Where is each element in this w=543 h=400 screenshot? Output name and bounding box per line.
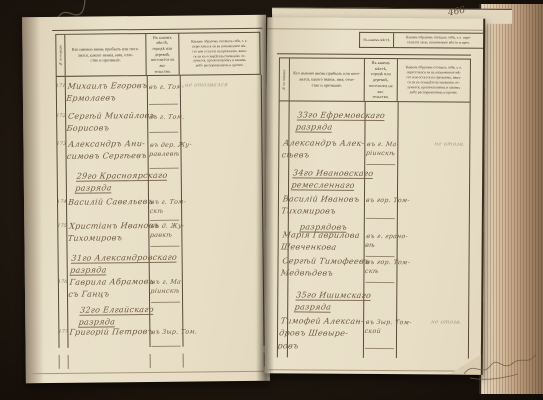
underlying-page-line xyxy=(267,28,483,31)
underlying-header-strip: Въ какомъ мѣстѣ Какимъ образомъ отозвалъ… xyxy=(359,32,483,49)
entry-place: въ г. Том- скѣ xyxy=(149,198,187,217)
header-cell-name: Кто именно вновь прибылъ или посе- лился… xyxy=(65,34,147,76)
entry-name: Христіанъ Ивановъ Тихомировъ xyxy=(67,220,160,246)
section-heading: 29го Красноярскаго разряда xyxy=(74,170,168,196)
row-number: 174 xyxy=(57,199,67,206)
section-heading: 34го Ивановскаго ремесленнаго xyxy=(291,167,375,192)
row-number: 171 xyxy=(55,83,65,90)
entry-place: въ гор. Том- скѣ xyxy=(364,258,410,277)
place-rule xyxy=(150,246,179,247)
entry-place: въ Зыр. Том. xyxy=(151,327,198,337)
section-heading: 31го Александровскаго разряда xyxy=(69,252,177,278)
photo-of-register-book: 466 № по порядку Кто именно вновь прибыл… xyxy=(0,0,543,400)
entry-name: Михаилъ Егоровъ Ермолаевъ xyxy=(65,80,148,106)
header-cell-name: Кто именно вновь прибылъ или посе- лился… xyxy=(290,58,365,101)
column-tick xyxy=(150,354,151,368)
entry-place: въ г. Ма- ріинскѣ xyxy=(365,140,400,159)
place-rule xyxy=(149,132,178,133)
header-name-label: Кто именно вновь прибылъ или посе- лился… xyxy=(293,71,360,88)
page-stack-edge xyxy=(479,4,543,394)
row-number: 175 xyxy=(57,223,67,230)
outer-rule xyxy=(52,28,262,31)
entry-name: Сергѣй Михайловъ Борисовъ xyxy=(66,110,156,136)
header-num-label: № по порядку xyxy=(58,45,62,66)
under-sheet-edge xyxy=(32,371,264,374)
row-number: 177 xyxy=(58,329,68,336)
entry-name: Гаврила Абрамовъ съ Ганцъ xyxy=(68,276,155,302)
header-place-label: Въ какомъ мѣстѣ, городѣ или деревнѣ, пос… xyxy=(147,34,177,74)
place-rule xyxy=(151,302,180,303)
header-cell-place: Въ какомъ мѣстѣ, городѣ или деревнѣ, пос… xyxy=(146,34,179,75)
place-rule xyxy=(150,168,179,169)
entry-place: въ г. грано- вѣ xyxy=(364,232,408,251)
left-page: № по порядку Кто именно вновь прибылъ ил… xyxy=(22,15,270,384)
header-note-label: Какимъ образомъ отозвалъ себя, т. е. пер… xyxy=(191,39,247,69)
column-line xyxy=(277,101,280,357)
entry-note: не отозв. xyxy=(434,140,466,149)
header-place-label: Въ какомъ мѣстѣ, городѣ или деревнѣ, пос… xyxy=(366,60,396,100)
strip-cell-place: Въ какомъ мѣстѣ xyxy=(360,33,394,47)
column-tick xyxy=(59,355,60,369)
entry-place: въ Зыр. Том- ской xyxy=(364,318,412,337)
entry-name: Сергѣй Тимофеевъ Медвѣдевъ xyxy=(280,255,370,280)
entry-place: въ г. Том. xyxy=(149,113,185,123)
section-heading: 35го Ишимскаго разряда xyxy=(294,289,372,314)
entry-name: Марія Гаврилова Шевченкова xyxy=(280,229,361,254)
under-sheet-edge xyxy=(269,369,469,371)
entry-place: въ гор. Том- xyxy=(365,196,410,206)
left-table-header: № по порядку Кто именно вновь прибылъ ил… xyxy=(55,32,260,77)
entry-name: Александръ Алек- сѣевъ xyxy=(281,137,366,162)
signature xyxy=(460,348,540,384)
entry-note: не отозвался xyxy=(184,81,228,90)
entry-place: въ г. Ма- ріинскѣ xyxy=(150,278,184,297)
place-rule xyxy=(365,348,394,349)
place-rule xyxy=(365,282,394,283)
place-rule xyxy=(366,164,395,165)
entry-place: въ г. Том- xyxy=(148,83,184,93)
place-rule xyxy=(149,104,178,105)
place-rule xyxy=(152,346,181,347)
row-number: 173 xyxy=(56,141,66,148)
entry-name: Василій Ивановъ Тихомировъ xyxy=(280,193,360,218)
header-cell-note: Какимъ образомъ отозвалъ себя, т. е. пер… xyxy=(179,33,260,75)
entry-note: не отозв. xyxy=(431,318,463,327)
entry-place: въ д. Жу- равкѣ xyxy=(149,222,185,241)
strip-cell-note: Какимъ образомъ отозвалъ себя, т. е. пер… xyxy=(394,33,483,48)
entry-name: Григорій Петровъ xyxy=(69,326,154,339)
header-cell-place: Въ какомъ мѣстѣ, городѣ или деревнѣ, пос… xyxy=(365,59,398,101)
right-page: Въ какомъ мѣстѣ Какимъ образомъ отозвалъ… xyxy=(265,17,485,375)
header-note-label: Какимъ образомъ отозвалъ себя, т. е. пер… xyxy=(406,66,462,95)
column-line xyxy=(468,103,471,359)
entry-name: Тимофей Алексан- дровъ Шевыре- ровъ xyxy=(277,315,365,353)
place-rule xyxy=(366,218,395,219)
entry-place: въ дер. Жу- равлевѣ xyxy=(148,141,192,160)
row-number: 172 xyxy=(56,113,66,120)
header-cell-num: № по порядку xyxy=(280,58,290,100)
column-line xyxy=(261,75,265,346)
header-cell-num: № по порядку xyxy=(56,35,65,76)
header-num-label: № по порядку xyxy=(282,69,286,90)
right-table-header: № по порядку Кто именно вновь прибылъ ил… xyxy=(279,57,471,102)
entry-name: Василій Савельевъ xyxy=(67,196,154,209)
entry-name: Александръ Ани- симовъ Сергѣевъ xyxy=(66,138,149,164)
header-cell-note: Какимъ образомъ отозвалъ себя, т. е. пер… xyxy=(397,59,470,102)
strip-note-label: Какимъ образомъ отозвалъ себя, т. е. пер… xyxy=(406,35,471,45)
page-stack-lines xyxy=(481,4,543,394)
row-number: 176 xyxy=(57,279,67,286)
column-tick xyxy=(68,355,69,369)
strip-place-label: Въ какомъ мѣстѣ xyxy=(363,37,389,42)
header-name-label: Кто именно вновь прибылъ или посе- лился… xyxy=(72,46,139,64)
outer-rule xyxy=(277,53,471,55)
column-tick xyxy=(183,354,184,368)
section-heading: 33го Ефремовскаго разряда xyxy=(295,109,386,134)
